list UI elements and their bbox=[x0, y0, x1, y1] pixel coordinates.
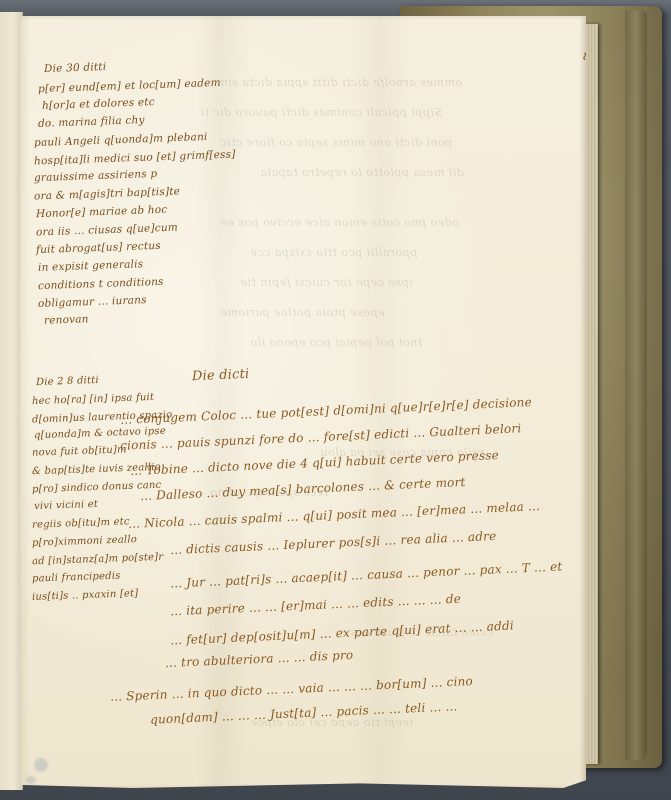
entry-line: ... tro abulteriora ... ... dis pro bbox=[165, 648, 354, 670]
margin-lower-line: regiis ob[itu]m etc bbox=[32, 516, 130, 530]
water-stain bbox=[26, 776, 36, 784]
entry-line: ... fet[ur] dep[osit]u[m] ... ex parte q… bbox=[170, 619, 514, 648]
water-stain bbox=[34, 758, 48, 772]
margin-top-line: ora & m[agis]tri bap[tis]te bbox=[34, 185, 180, 202]
entry-line: ... ita perire ... ... [er]mai ... ... e… bbox=[170, 592, 461, 619]
margin-lower-line: ius[ti]s .. pxaxin [et] bbox=[32, 588, 139, 603]
margin-lower-line: ad [in]stanz[a]m po[ste]r bbox=[32, 552, 164, 568]
entry-line: ... Nicola ... cauis spalmi ... q[ui] po… bbox=[128, 499, 540, 531]
margin-lower-line: hec ho[ra] [in] ipsa fuit bbox=[32, 392, 154, 407]
entry-line: ... dictis causis ... Ieplurer pos[s]i .… bbox=[170, 529, 497, 557]
margin-top-line: p[er] eund[em] et loc[um] eadem bbox=[38, 77, 221, 95]
entry-line: ... Tobine ... dicto nove die 4 q[ui] ha… bbox=[130, 448, 499, 478]
entry-line: ... Sperin ... in quo dicto ... ... vaia… bbox=[110, 674, 473, 704]
margin-top-line: fuit abrogat[us] rectus bbox=[36, 240, 161, 256]
entry-line: ... conjugem Coloc ... tue pot[est] d[om… bbox=[120, 395, 532, 427]
margin-top-line: renovan bbox=[44, 313, 89, 327]
margin-top-line: h[or]a et dolores etc bbox=[42, 96, 155, 112]
margin-top-line: obligamur ... iurans bbox=[38, 294, 147, 310]
entry-heading: Die dicti bbox=[192, 367, 250, 384]
facing-page-edge bbox=[0, 12, 23, 790]
margin-lower-line: vivi vicini et bbox=[34, 499, 98, 512]
margin-top-line: pauli Angeli q[uonda]m plebani bbox=[34, 131, 208, 149]
margin-lower-line: p[ro]ximmoni zeallo bbox=[32, 534, 137, 549]
margin-top-line: hosp[ita]li medici suo [et] grimf[ess] bbox=[34, 148, 236, 167]
margin-lower-line: pauli francipedis bbox=[32, 570, 121, 584]
margin-top-line: Honor[e] mariae ab hoc bbox=[36, 204, 168, 221]
entry-line: ... Jur ... pat[ri]s ... acaep[it] ... c… bbox=[170, 559, 563, 590]
margin-top-line: do. marina filia chy bbox=[38, 114, 145, 130]
margin-top-line: grauissime assiriens p bbox=[34, 168, 158, 184]
margin-lower-line: nova fuit ob[itu]m bbox=[32, 444, 127, 458]
margin-lower-line: Die 2 8 ditti bbox=[36, 375, 99, 388]
margin-top-line: Die 30 ditti bbox=[44, 61, 107, 75]
margin-top-line: conditions t conditions bbox=[38, 276, 164, 292]
cover-fold bbox=[625, 10, 647, 760]
margin-top-line: ora iis ... ciusas q[ue]cum bbox=[36, 222, 178, 239]
manuscript-page: ommes arnolfe dicti ditti sppia dicta si… bbox=[20, 16, 586, 788]
margin-top-line: in expisit generalis bbox=[38, 258, 144, 274]
